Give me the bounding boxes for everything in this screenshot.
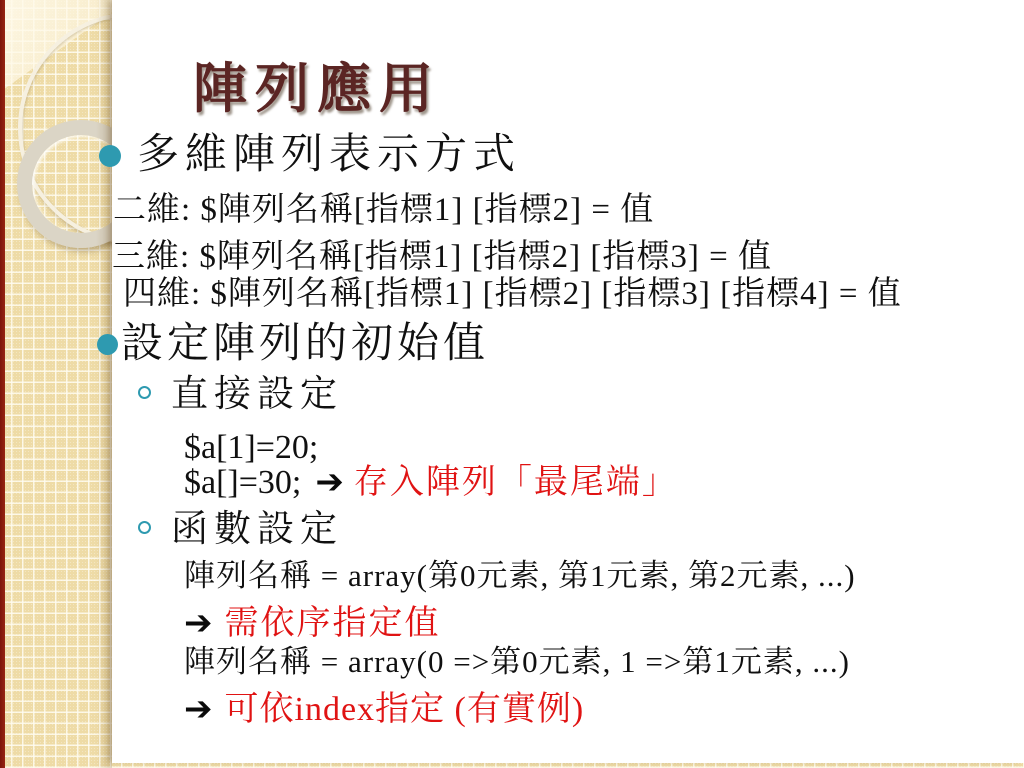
slide-title: 陣列應用	[193, 58, 441, 120]
dim2-line: 二維: $陣列名稱[指標1] [指標2] = 值	[113, 192, 654, 230]
bullet-hollow-icon	[138, 386, 151, 399]
bullet-init-label: 設定陣列的初始值	[121, 320, 489, 368]
arrow-icon: ➔	[184, 603, 213, 643]
note-append-end: 存入陣列「最尾端」	[354, 464, 678, 501]
bullet-multidim-label: 多維陣列表示方式	[137, 131, 521, 179]
note-line-2: ➔需依序指定值	[184, 604, 441, 643]
note-line-3: ➔可依index指定 (有實例)	[184, 690, 584, 729]
bullet-dot-icon	[99, 145, 121, 167]
arrow-icon: ➔	[315, 462, 344, 502]
sub-function-label: 函數設定	[171, 509, 343, 552]
code-text: $a[]=30;	[184, 464, 301, 501]
code-line-4: 陣列名稱 = array(0 =>第0元素, 1 =>第1元素, ...)	[184, 644, 850, 680]
sub-direct-label: 直接設定	[171, 374, 343, 417]
bullet-dot-icon	[97, 334, 118, 355]
note-sequential: 需依序指定值	[225, 605, 441, 642]
left-red-stripe	[0, 0, 5, 768]
dim3-line: 三維: $陣列名稱[指標1] [指標2] [指標3] = 值	[112, 239, 772, 277]
code-line-2: $a[]=30;➔存入陣列「最尾端」	[184, 463, 678, 502]
slide: 陣列應用 多維陣列表示方式 二維: $陣列名稱[指標1] [指標2] = 值 三…	[0, 0, 1024, 768]
note-by-index: 可依index指定 (有實例)	[225, 691, 585, 728]
code-line-3: 陣列名稱 = array(第0元素, 第1元素, 第2元素, ...)	[184, 558, 856, 594]
dim4-line: 四維: $陣列名稱[指標1] [指標2] [指標3] [指標4] = 值	[123, 276, 902, 314]
arrow-icon: ➔	[184, 689, 213, 729]
bullet-hollow-icon	[138, 521, 151, 534]
code-line-1: $a[1]=20;	[184, 428, 318, 467]
